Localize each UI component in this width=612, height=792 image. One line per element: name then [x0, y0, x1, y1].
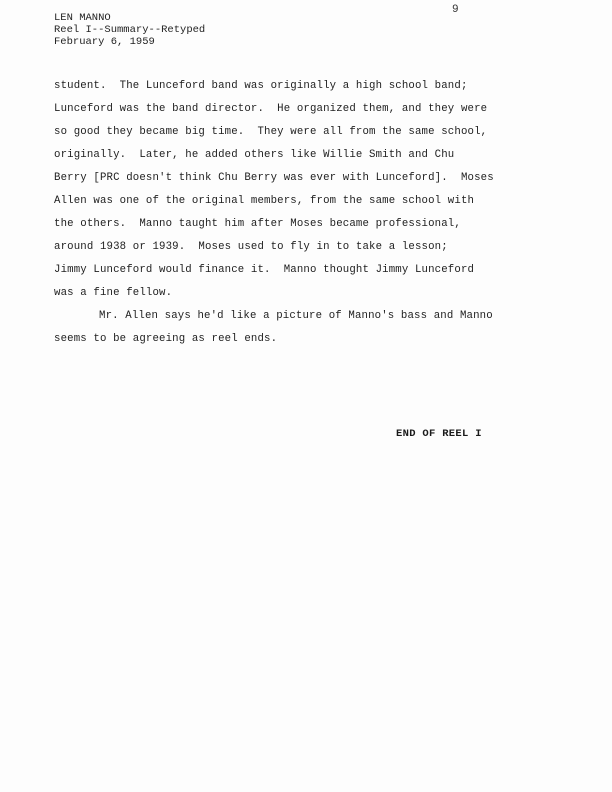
reel-label: Reel I--Summary--Retyped: [54, 24, 205, 36]
body-text: student. The Lunceford band was original…: [54, 75, 554, 351]
text-line: Mr. Allen says he'd like a picture of Ma…: [54, 305, 554, 328]
document-page: 9 LEN MANNO Reel I--Summary--Retyped Feb…: [0, 0, 612, 792]
text-line: around 1938 or 1939. Moses used to fly i…: [54, 236, 554, 259]
text-line: student. The Lunceford band was original…: [54, 75, 554, 98]
text-line: Allen was one of the original members, f…: [54, 190, 554, 213]
text-line: was a fine fellow.: [54, 282, 554, 305]
text-line: Jimmy Lunceford would finance it. Manno …: [54, 259, 554, 282]
text-line: the others. Manno taught him after Moses…: [54, 213, 554, 236]
interview-date: February 6, 1959: [54, 36, 205, 48]
text-line: Berry [PRC doesn't think Chu Berry was e…: [54, 167, 554, 190]
text-line: so good they became big time. They were …: [54, 121, 554, 144]
text-line: Lunceford was the band director. He orga…: [54, 98, 554, 121]
interviewee-name: LEN MANNO: [54, 12, 205, 24]
text-line: seems to be agreeing as reel ends.: [54, 328, 554, 351]
page-number: 9: [452, 4, 459, 16]
paragraph-1: student. The Lunceford band was original…: [54, 75, 554, 305]
text-line: originally. Later, he added others like …: [54, 144, 554, 167]
paragraph-2: Mr. Allen says he'd like a picture of Ma…: [54, 305, 554, 351]
end-of-reel-marker: END OF REEL I: [396, 428, 482, 440]
document-header: LEN MANNO Reel I--Summary--Retyped Febru…: [54, 12, 205, 48]
